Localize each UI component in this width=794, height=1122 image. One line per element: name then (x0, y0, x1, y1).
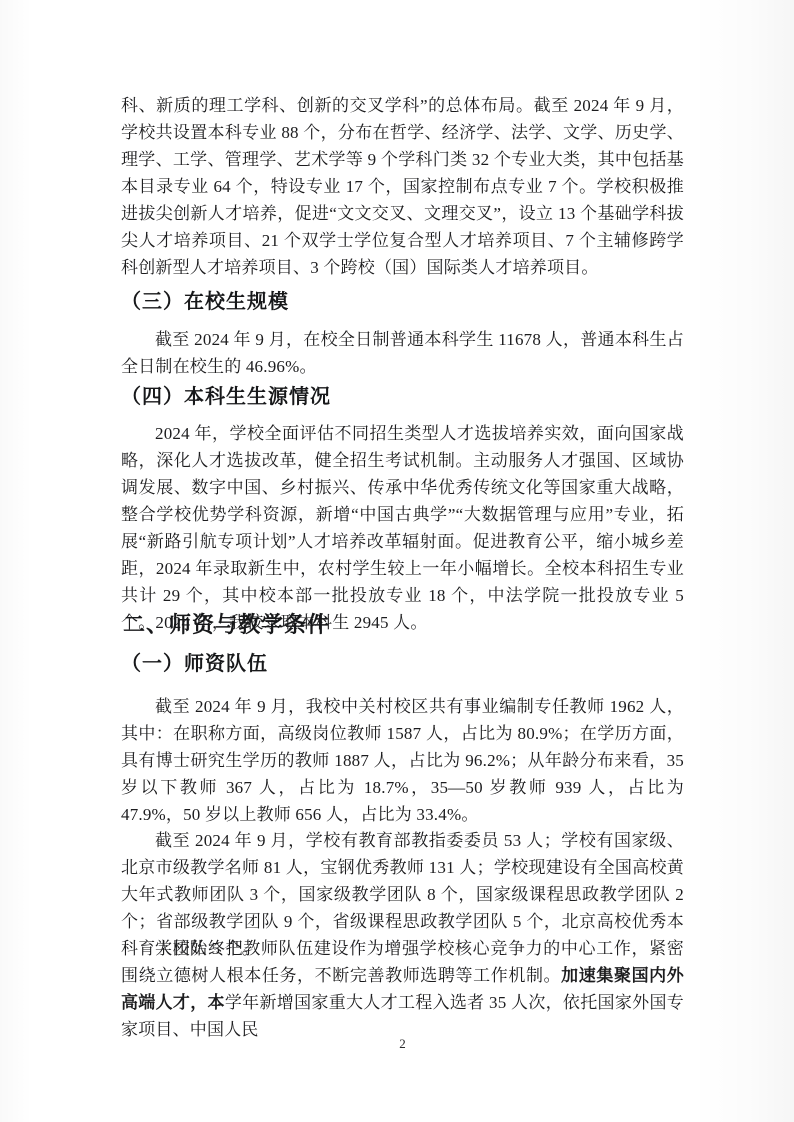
document-page: 科、新质的理工学科、创新的交叉学科”的总体布局。截至 2024 年 9 月，学校… (0, 0, 794, 1122)
paragraph-student-source: 2024 年，学校全面评估不同招生类型人才选拔培养实效，面向国家战略，深化人才选… (121, 420, 684, 636)
paragraph-faculty-development: 学校始终把教师队伍建设作为增强学校核心竞争力的中心工作，紧密围绕立德树人根本任务… (121, 935, 684, 1043)
page-number: 2 (121, 1036, 684, 1052)
paragraph-overall-layout-continuation: 科、新质的理工学科、创新的交叉学科”的总体布局。截至 2024 年 9 月，学校… (121, 92, 684, 281)
paragraph-faculty-statistics: 截至 2024 年 9 月，我校中关村校区共有事业编制专任教师 1962 人，其… (121, 693, 684, 828)
heading-section-4-student-source: （四）本科生生源情况 (121, 385, 684, 409)
paragraph-enrollment-scale: 截至 2024 年 9 月，在校全日制普通本科学生 11678 人，普通本科生占… (121, 326, 684, 380)
heading-part-2-faculty-and-teaching-conditions: 二、师资与教学条件 (123, 612, 686, 638)
heading-sub-1-faculty-team: （一）师资队伍 (121, 652, 684, 676)
heading-section-3-enrollment-scale: （三）在校生规模 (121, 290, 684, 314)
